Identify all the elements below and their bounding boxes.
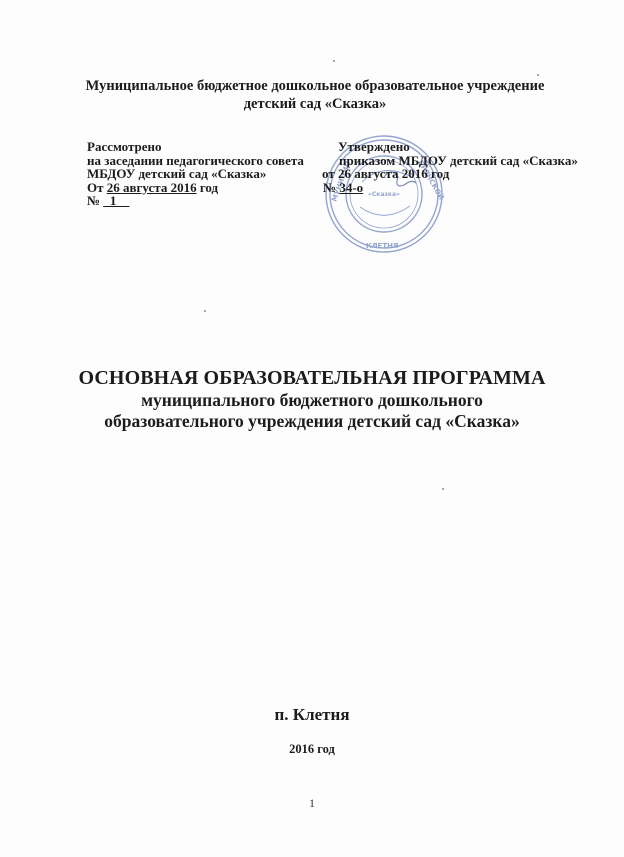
document-year: 2016 год xyxy=(0,742,624,757)
approved-label: Утверждено xyxy=(318,140,578,154)
reviewed-institution: МБДОУ детский сад «Сказка» xyxy=(87,167,304,181)
program-title-sub-line2: образовательного учреждения детский сад … xyxy=(60,411,564,432)
scan-speck xyxy=(333,60,335,62)
reviewed-number-value: _1__ xyxy=(103,193,129,208)
organization-header: Муниципальное бюджетное дошкольное образ… xyxy=(80,77,550,113)
scan-speck xyxy=(442,488,444,490)
scan-speck xyxy=(204,310,206,312)
organization-name-line1: Муниципальное бюджетное дошкольное образ… xyxy=(80,77,550,95)
svg-text:КЛЕТНЯ: КЛЕТНЯ xyxy=(366,242,398,250)
program-title: ОСНОВНАЯ ОБРАЗОВАТЕЛЬНАЯ ПРОГРАММА муниц… xyxy=(60,366,564,432)
approved-block: Утверждено приказом МБДОУ детский сад «С… xyxy=(318,140,578,194)
reviewed-council: на заседании педагогического совета xyxy=(87,154,304,168)
approved-number: № 34-о xyxy=(318,181,578,195)
document-page: Муниципальное бюджетное дошкольное образ… xyxy=(0,0,624,857)
program-title-main: ОСНОВНАЯ ОБРАЗОВАТЕЛЬНАЯ ПРОГРАММА xyxy=(60,366,564,390)
reviewed-date: От 26 августа 2016 год xyxy=(87,181,304,195)
program-title-sub-line1: муниципального бюджетного дошкольного xyxy=(60,390,564,411)
reviewed-number: № _1__ xyxy=(87,194,304,208)
scan-speck xyxy=(537,74,539,76)
reviewed-label: Рассмотрено xyxy=(87,140,304,154)
approved-number-value: 34-о xyxy=(339,180,363,195)
approved-date: от 26 августа 2016 год xyxy=(318,167,578,181)
page-number: 1 xyxy=(0,796,624,811)
place-name: п. Клетня xyxy=(0,705,624,725)
reviewed-block: Рассмотрено на заседании педагогического… xyxy=(87,140,304,208)
approved-order: приказом МБДОУ детский сад «Сказка» xyxy=(318,154,578,168)
organization-name-line2: детский сад «Сказка» xyxy=(80,95,550,113)
